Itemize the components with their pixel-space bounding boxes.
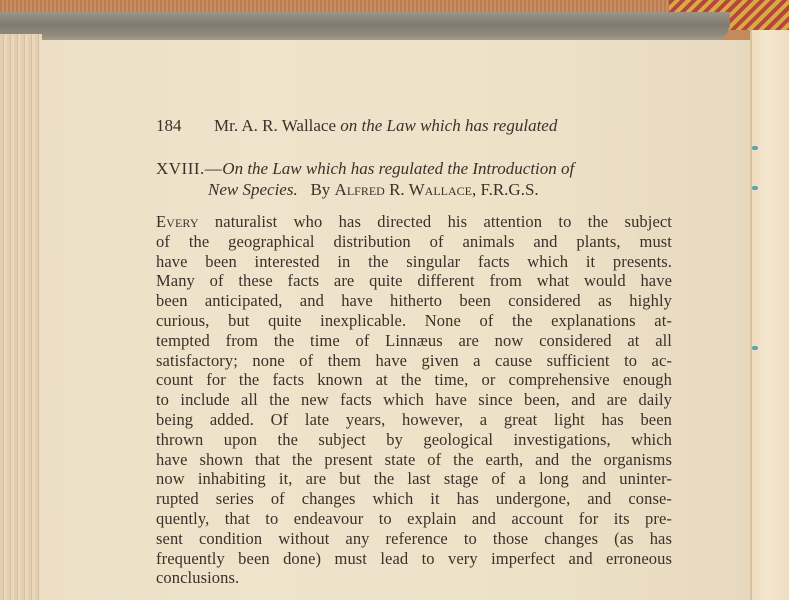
text-line: now inhabiting it, are but the last stag… [156,469,672,489]
text-line: been anticipated, and have hitherto been… [156,291,672,311]
page-text: 184 Mr. A. R. Wallace on the Law which h… [156,116,672,588]
body-paragraph: Every naturalist who has directed his at… [156,212,672,588]
text-line: of the geographical distribution of anim… [156,232,672,252]
article-title-line2: New Species. [208,180,298,199]
left-page-edges [0,34,42,600]
text-line: rupted series of changes which it has un… [156,489,672,509]
text-line: frequently been done) must lead to very … [156,549,672,569]
page-number: 184 [156,116,214,136]
text-line: being added. Of late years, however, a g… [156,410,672,430]
text-line: satisfactory; none of them have given a … [156,351,672,371]
byline-credentials: , F.R.G.S. [472,180,539,199]
drop-word: Every [156,212,199,231]
article-title: XVIII.—On the Law which has regulated th… [156,158,672,200]
text-line: quently, that to endeavour to explain an… [156,509,672,529]
running-head-author: Mr. A. R. Wallace [214,116,336,136]
byline-author: Alfred R. Wallace [335,180,472,199]
tab-marker [752,146,758,150]
text-line: to include all the new facts which have … [156,390,672,410]
text-line: conclusions. [156,568,672,588]
article-title-line1: On the Law which has regulated the Intro… [222,159,574,178]
byline-by: By [310,180,330,199]
running-head-title: on the Law which has regulated [340,116,557,136]
tab-marker [752,186,758,190]
article-numeral: XVIII.— [156,159,222,178]
text-line: count for the facts known at the time, o… [156,370,672,390]
tab-marker [752,346,758,350]
text-line: tempted from the time of Linnæus are now… [156,331,672,351]
text-line: have been interested in the singular fac… [156,252,672,272]
text-line: have shown that the present state of the… [156,450,672,470]
text-line: sent condition without any reference to … [156,529,672,549]
running-head: 184 Mr. A. R. Wallace on the Law which h… [156,116,672,144]
text-line: Many of these facts are quite different … [156,271,672,291]
text-line: Every naturalist who has directed his at… [156,212,672,232]
text-line: thrown upon the subject by geological in… [156,430,672,450]
text-line: curious, but quite inexplicable. None of… [156,311,672,331]
facing-page-edge [750,30,789,600]
